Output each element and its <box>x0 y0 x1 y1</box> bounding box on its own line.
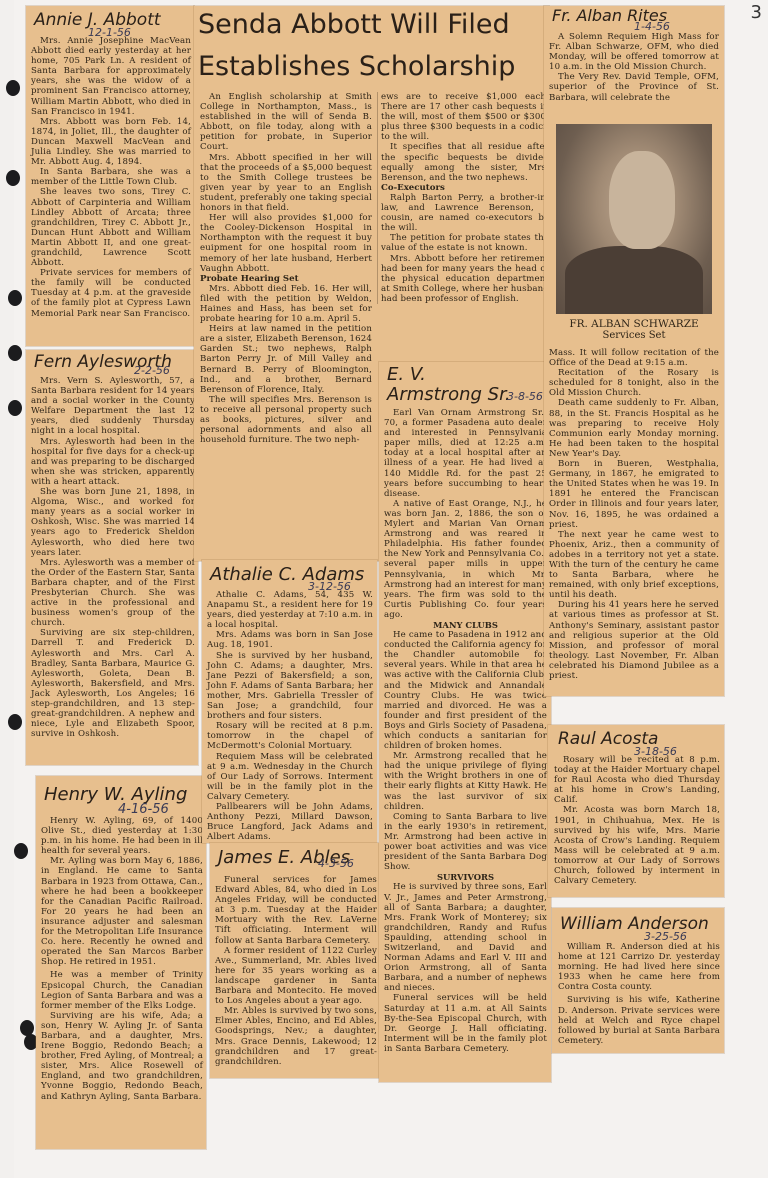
paragraph: Surviving are six step-children, Darrell… <box>31 628 195 739</box>
paragraph: Funeral services for James Edward Ables,… <box>215 875 377 946</box>
subheading: Probate Hearing Set <box>200 274 372 284</box>
punch-hole <box>6 80 20 96</box>
headline-line-1: Senda Abbott Will Filed <box>198 10 510 40</box>
handwritten-date: 3-8-56 <box>507 390 543 403</box>
paragraph: Mrs. Abbott died Feb. 16. Her will, file… <box>200 284 372 324</box>
page-number: 3 <box>751 2 762 23</box>
article-body: Rosary will be recited at 8 p.m. today a… <box>554 755 720 886</box>
paragraph: Mrs. Vern S. Aylesworth, 57, a Santa Bar… <box>31 376 195 437</box>
photo-robe <box>565 246 702 314</box>
paragraph: The next year he came west to Phoenix, A… <box>549 530 719 601</box>
paragraph: Rosary will be recited at 8 p.m. tomorro… <box>207 721 373 751</box>
paragraph: An English scholarship at Smith College … <box>200 92 372 153</box>
paragraph: He is survived by three sons, Earl V. Jr… <box>384 882 547 993</box>
paragraph: Surviving is his wife, Katherine D. Ande… <box>558 995 720 1045</box>
punch-hole <box>8 345 22 361</box>
article-body: Henry W. Ayling, 69, of 1400 Olive St., … <box>41 816 203 1102</box>
article-column-1: An English scholarship at Smith College … <box>200 92 372 445</box>
paragraph: Mrs. Abbott was born Feb. 14, 1874, in J… <box>31 117 191 167</box>
handwritten-date: 4-3-56 <box>318 857 354 870</box>
punch-hole <box>8 714 22 730</box>
headline-line-2: Armstrong Sr. <box>387 386 511 404</box>
paragraph: He came to Pasadena in 1912 and conducte… <box>384 630 547 751</box>
paragraph: Heirs at law named in the petition are a… <box>200 324 372 395</box>
clipping-athalie-adams: Athalie C. Adams 3-12-56 Athalie C. Adam… <box>202 560 377 843</box>
paragraph: A Solemn Requiem High Mass for Fr. Alban… <box>549 32 719 72</box>
clipping-henry-ayling: Henry W. Ayling 4-16-56 Henry W. Ayling,… <box>36 776 206 1149</box>
paragraph: Rosary will be recited at 8 p.m. today a… <box>554 755 720 805</box>
paragraph: Mrs. Abbott specified in her will that t… <box>200 153 372 214</box>
paragraph: Recitation of the Rosary is scheduled fo… <box>549 368 719 398</box>
photo-caption: FR. ALBAN SCHWARZE Services Set <box>544 318 724 342</box>
subheading: SURVIVORS <box>384 872 547 882</box>
paragraph: Coming to Santa Barbara to live in the e… <box>384 812 547 873</box>
subheading: Co-Executors <box>381 183 549 193</box>
paragraph: The will specifies Mrs. Berenson is to r… <box>200 395 372 445</box>
paragraph: Mrs. Abbott before her retirement had be… <box>381 254 549 304</box>
paragraph: The Very Rev. David Temple, OFM, superio… <box>549 72 719 102</box>
paragraph: Mr. Acosta was born March 18, 1901, in C… <box>554 805 720 886</box>
paragraph: Private services for members of the fami… <box>31 268 191 318</box>
caption-line-2: Services Set <box>544 330 724 342</box>
paragraph: Ralph Barton Perry, a brother-in-law, an… <box>381 193 549 233</box>
paragraph: She leaves two sons, Tirey C. Abbott of … <box>31 187 191 268</box>
paragraph: Born in Bueren, Westphalia, Germany, in … <box>549 459 719 530</box>
article-body: Earl Van Ornam Armstrong Sr., 70, a form… <box>384 408 547 1054</box>
punch-hole <box>6 170 20 186</box>
clipping-armstrong: E. V. Armstrong Sr. 3-8-56 Earl Van Orna… <box>379 362 551 1082</box>
article-intro: A Solemn Requiem High Mass for Fr. Alban… <box>549 32 719 103</box>
paragraph: A former resident of 1122 Curley Ave., S… <box>215 946 377 1007</box>
clipping-james-ables: James E. Ables 4-3-56 Funeral services f… <box>210 843 380 1078</box>
headline-line-2: Establishes Scholarship <box>198 52 515 82</box>
portrait-photo <box>556 124 712 314</box>
paragraph: He was a member of Trinity Epsicopal Chu… <box>41 970 203 1010</box>
clipping-raul-acosta: Raul Acosta 3-18-56 Rosary will be recit… <box>548 725 724 897</box>
paragraph: ews are to receive $1,000 each. There ar… <box>381 92 549 142</box>
paragraph: Pallbearers will be John Adams, Anthony … <box>207 802 373 842</box>
article-body: Mrs. Vern S. Aylesworth, 57, a Santa Bar… <box>31 376 195 739</box>
punch-hole <box>8 400 22 416</box>
clipping-fern-aylesworth: Fern Aylesworth 2-2-56 Mrs. Vern S. Ayle… <box>26 350 198 765</box>
paragraph: In Santa Barbara, she was a member of th… <box>31 167 191 187</box>
paragraph: During his 41 years here he served at va… <box>549 600 719 681</box>
paragraph: Mr. Ayling was born May 6, 1886, in Engl… <box>41 856 203 967</box>
scrapbook-page: 3 Annie J. Abbott 12-1-56 Mrs. Annie Jos… <box>14 0 768 1178</box>
paragraph: Mr. Ables is survived by two sons, Elmer… <box>215 1006 377 1067</box>
paragraph: William R. Anderson died at his home at … <box>558 942 720 992</box>
paragraph: Earl Van Ornam Armstrong Sr., 70, a form… <box>384 408 547 499</box>
headline-line-1: E. V. <box>387 366 426 384</box>
paragraph: Mrs. Aylesworth had been in the hospital… <box>31 437 195 487</box>
paragraph: Mrs. Aylesworth was a member of the Orde… <box>31 558 195 629</box>
article-body: Funeral services for James Edward Ables,… <box>215 875 377 1067</box>
subheading: MANY CLUBS <box>384 620 547 630</box>
paragraph: Mr. Armstrong recalled that he had the u… <box>384 751 547 812</box>
paragraph: She is survived by her husband, John C. … <box>207 651 373 722</box>
paragraph: Requiem Mass will be celebrated at 9 a.m… <box>207 752 373 802</box>
paragraph: She was born June 21, 1898, in Algoma, W… <box>31 487 195 558</box>
article-body: William R. Anderson died at his home at … <box>558 942 720 1046</box>
paragraph: Henry W. Ayling, 69, of 1400 Olive St., … <box>41 816 203 856</box>
clipping-william-anderson: William Anderson 3-25-56 William R. Ande… <box>552 908 724 1053</box>
paragraph: It specifies that all residue after the … <box>381 142 549 182</box>
paragraph: Funeral services will be held Saturday a… <box>384 993 547 1054</box>
punch-hole <box>8 290 22 306</box>
paragraph: Mrs. Annie Josephine MacVean Abbott died… <box>31 36 191 117</box>
paragraph: Surviving are his wife, Ada; a son, Henr… <box>41 1011 203 1102</box>
paragraph: Athalie C. Adams, 54, 435 W. Anapamu St.… <box>207 590 373 630</box>
caption-line-1: FR. ALBAN SCHWARZE <box>544 318 724 330</box>
paragraph: Her will also provides $1,000 for the Co… <box>200 213 372 274</box>
handwritten-date: 4-16-56 <box>118 802 169 817</box>
article-body: Mrs. Annie Josephine MacVean Abbott died… <box>31 36 191 319</box>
article-body: Mass. It will follow recitation of the O… <box>549 348 719 681</box>
paragraph: Mass. It will follow recitation of the O… <box>549 348 719 368</box>
paragraph: A native of East Orange, N.J., he was bo… <box>384 499 547 620</box>
clipping-fr-alban: Fr. Alban Rites 1-4-56 A Solemn Requiem … <box>544 6 724 696</box>
clipping-annie-abbott: Annie J. Abbott 12-1-56 Mrs. Annie Josep… <box>26 6 194 346</box>
article-body: Athalie C. Adams, 54, 435 W. Anapamu St.… <box>207 590 373 842</box>
paragraph: Death came suddenly to Fr. Alban, 88, in… <box>549 398 719 459</box>
paragraph: Mrs. Adams was born in San Jose Aug. 18,… <box>207 630 373 650</box>
punch-hole <box>14 843 28 859</box>
photo-face <box>609 151 675 250</box>
paragraph: The petition for probate states the valu… <box>381 233 549 253</box>
article-column-2: ews are to receive $1,000 each. There ar… <box>377 92 549 304</box>
